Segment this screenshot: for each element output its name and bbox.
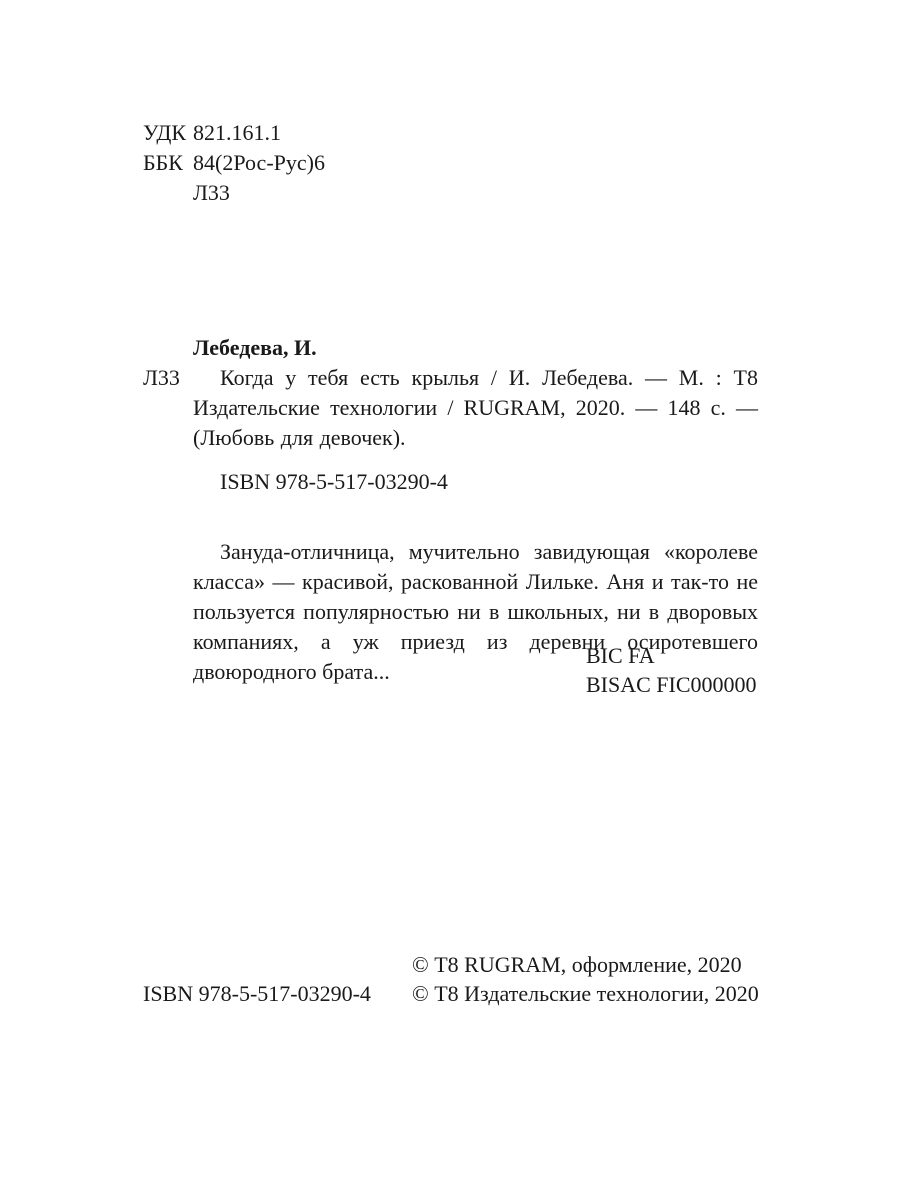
udk-label: УДК <box>143 118 186 148</box>
bisac-code: BISAC FIC000000 <box>586 670 757 700</box>
author-heading: Лебедева, И. <box>193 333 317 363</box>
copyright-publisher: © Т8 Издательские технологии, 2020 <box>412 979 759 1009</box>
bbk-label: ББК <box>143 148 183 178</box>
annotation: Зануда-отличница, мучительно завидующая … <box>193 537 758 687</box>
bic-code: BIC FA <box>586 641 655 671</box>
udk-value: 821.161.1 <box>193 118 281 148</box>
isbn: ISBN 978-5-517-03290-4 <box>220 467 448 497</box>
call-number: Л33 <box>143 363 180 393</box>
bbk-value: 84(2Рос-Рус)6 <box>193 148 325 178</box>
footer-isbn: ISBN 978-5-517-03290-4 <box>143 979 371 1009</box>
author-mark: Л33 <box>193 178 230 208</box>
copyright-design: © Т8 RUGRAM, оформление, 2020 <box>412 950 742 980</box>
bibliographic-description: Когда у тебя есть крылья / И. Лебедева. … <box>193 363 758 453</box>
